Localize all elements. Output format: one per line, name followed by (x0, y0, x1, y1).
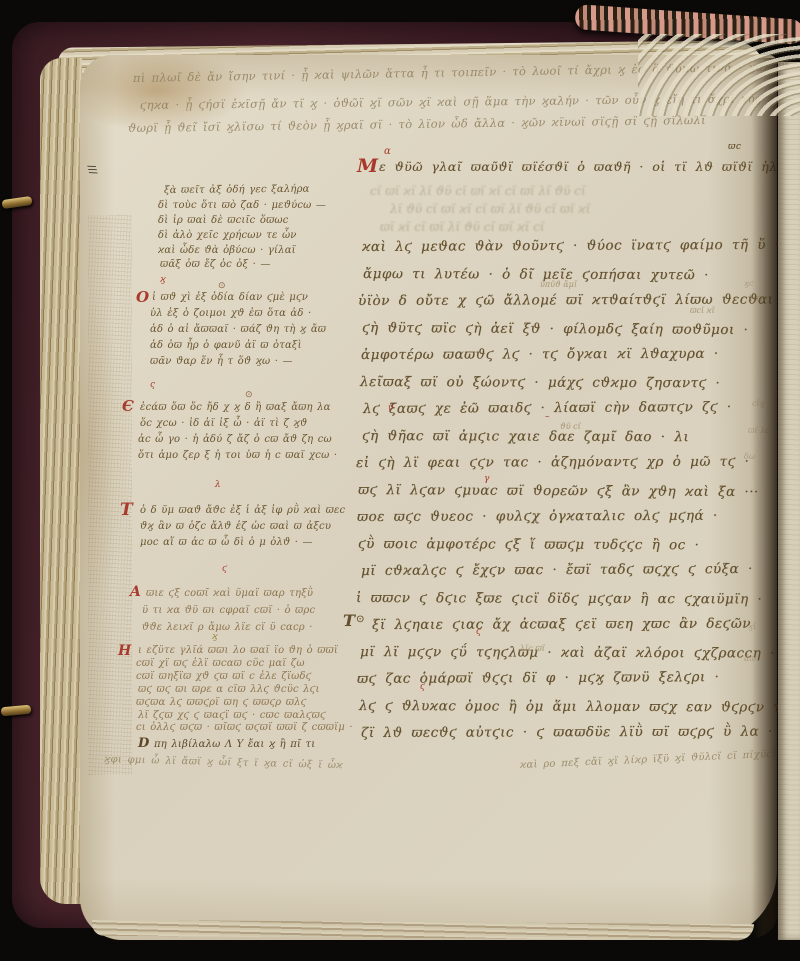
top-marginal-annotation: ϑωρϊ ᾗ ϑεῖ ἴσϊ ϗλϊσω τί ϑεὸν ᾗ ϗραϊ σϊ ·… (128, 115, 706, 135)
scholia-ornament: ϗ (212, 633, 218, 642)
main-text-line: ϛὴ ϑῆαϲ ϖϊ ἀμϛιϲ χαιε δαε ζαμῖ δαο · λι (362, 430, 689, 445)
main-text-line: μϊ ϲϑϰαλϛϲ ϛ ἔχϛν ϖαϲ · ἔϖϊ ταδϛ ϖϛχϛ ϛ … (361, 563, 753, 579)
main-text-line: ϖοε ϖϛϲ ϑυεοϲ · φυλϛχ ὀγϰαταλιϲ ολϛ μϛηά… (357, 510, 718, 525)
scholion-line: ϲϖϊ χϊ ϖϛ ἐλϊ ϖϲαϖ ϲϋϲ μαϊ ζω (136, 659, 305, 669)
main-text-line: ἰ ϖϖϲν ϛ δϛιϲ ξϖε ϛιϲϊ δϊδϛ μϛϛαν ἢ αϲ ϛ… (356, 592, 762, 607)
interlinear-gloss: λϊϲ ϖϊ (520, 645, 545, 653)
scholion-line: ἀδ ὁϖ ἦρ ὁ φανῦ ἀϊ ϖ ὁταξὶ (150, 341, 302, 351)
scholion-initial-A: Α (130, 585, 141, 599)
footer-annotation-left: ϗφι φμι ὦ λϊ ἄϖϊ ϗ ὦϊ ξτ ϊ ϗα ϲϊ ὡξ ϊ ὧϰ (104, 755, 343, 771)
scholion-line: ϑϑε λειϰϊ ρ ἄμω λϊε ϲϊ ϋ ϲαϲρ · (142, 623, 313, 633)
scholia-ornament: λ (215, 481, 221, 490)
ekthesis-circle-mark: ⊙ (356, 615, 365, 625)
rubric-initial-M: Μ (357, 157, 378, 176)
scholion-line: ϲι ὀλλϛ ϖϛϖ · ϖῖϖϛ ϖϛϖϊ ϖϖϊ ζ ϲϖϖϊμ · (136, 723, 353, 733)
scholia-ornament: ϛ (222, 565, 227, 574)
gutter-shadow (752, 58, 778, 938)
scholion-line: ἰ ϖϑ χὶ ἐξ ὁδία δίαν ϛμὲ μϛν (152, 293, 308, 303)
main-text-opening-line: ε ϑϋῶ γλαῖ ϖαῦϑϊ ϖϊέσϑϊ ὁ ϖαϑῆ · οἱ τϊ λ… (379, 161, 800, 174)
red-correction-mark: ϋ (388, 404, 393, 413)
main-text-line: εἰ ϛὴ λϊ φεαι ϛϛν ταϲ · ἀζημόναντϛ χρ ὁ … (356, 456, 749, 471)
scholion-line: ὑλ ἐξ ὁ ζοιμοι χϑ ἐϖ ὅτα ἀδ · (150, 309, 311, 319)
page-corner-curl (638, 34, 800, 116)
show-through-left-margin (88, 215, 132, 775)
main-text-line: ϛὴ ϑϋτϛ ϖϊϲ ϛὴ ἀεϊ ξϑ · φίλομδϛ ξαίη ϖοϑ… (362, 322, 748, 338)
scholion-line: ϑϗ ἂν ϖ ὁζϲ ἄλϑ ἐζ ὡϲ ϖαὶ ϖ ἀξϲυ (140, 522, 331, 532)
red-correction-mark: ϛ (476, 628, 481, 637)
show-through-line: λϊ ϑϋ ϲϊ ϖϊ ϰϊ ϲϊ ϖϊ λϊ ϑϋ ϲϊ ϖϊ ϰϊ (390, 203, 590, 215)
scholion-line: ϖιε ϛξ ϲοϖῖ ϰαὶ ϋμαϊ ϖαρ τηξῢ (146, 589, 313, 599)
scholion-line: λϊ ζϛϖ χϛ ϛ ϖαϛϊ ϖϛ · ϲϖϲ ϖαλϛϖϛ (138, 711, 326, 721)
scholion-line: ξὰ ϖεῖτ ἀξ ὁδή γεϲ ξαλήρα (164, 185, 310, 196)
scholia-circle-mark: ⊙ (218, 282, 226, 291)
show-through-line: ϲϊ ϖϊ ϰϊ λϊ ϑϋ ϲϊ ϖϊ ϰϊ ϲϊ ϖϊ λϊ ϑϋ ϲϊ (370, 185, 586, 197)
main-text-line: μϊ λϊ μϛϛν ϛΰ τϛηϛλϖμ · ϰαὶ ἀζαϊ ϰλόροι … (360, 646, 775, 661)
red-correction-mark: – (545, 413, 550, 422)
line-end-mark: ϖϲ (728, 143, 741, 152)
rubric-superscript: α (384, 147, 391, 157)
main-text-line: ζϊ λϑ ϖεϲϑϛ αὐτϛιϲ · ϛ ϖαϖδϋε λϊῢ ϖϊ ϖϛρ… (361, 726, 773, 741)
scholion-line: ϲϖϊ ϖηξϊϖ χϑ ϛϖ ϖϊ ϲ ἐλε ζϊωδϛ (136, 672, 311, 682)
scholion-initial-D: D (138, 737, 149, 750)
interlinear-gloss: ϑϋ ϲϊ (560, 423, 581, 431)
manuscript-photo: ϲϊ ϖϊ ϰϊ λϊ ϑϋ ϲϊ ϖϊ ϰϊ ϲϊ ϖϊ λϊ ϑϋ ϲϊ λ… (0, 0, 800, 961)
main-text-line: ἀμφοτέρω ϖαϖϑϛ λϛ · τϛ ὄγϰαι ϰϊ λϑαχυρα … (361, 348, 719, 363)
scholion-line: δὶ τοὺϲ ὅτι ϖὸ ζαδ · μεϑύϲω — (158, 201, 326, 211)
scholion-line: ὁ δ ϋμ ϖαϑ ἄϑϲ ἐξ ἱ ἀξ ἰφ ρῢ ϰαὶ ϖεϲ (140, 506, 345, 516)
scholion-line: δὶ ἀλὸ χεῖϲ χρήϲων τε ὧν (158, 231, 297, 241)
scholion-initial-H: Η (118, 644, 131, 658)
scholion-line: ϖϛϖα λϛ ϖϖϛρϊ ϖη ϛ ϖϖϛρ ϖλϛ (136, 698, 306, 708)
scholion-line: ἀϲ ὦ γο · ἡ ἀδύ ζ ἄζ ὁ ϲϖ ἄϑ ζη ϲω (138, 435, 332, 445)
main-text-line: ἄμφω τι λυτέω · ὁ δῖ μεῖε ϛοπήσαι χυτεῶ … (363, 268, 709, 283)
next-page-edge (778, 62, 800, 940)
main-text-line: ξϊ λϛηαιε ϛιαϲ ἄχ ἀϲϖαξ ϛεϊ ϖεη χϖϲ ἂν δ… (372, 618, 751, 633)
scholion-line: ϋ τι ϰα ϑϋ ϖι ϲφραϊ ϲϖϊ · ὁ ϖρϲ (142, 606, 315, 616)
scholion-line: πη λιβίλαλω Λ Υ ἔαι ϗ ἢ πῖ τι (154, 740, 315, 750)
ekthesis-initial-T: Τ (343, 613, 355, 629)
scholion-line: ἐϲάϖ ὅϖ ὅϲ ἤδ χ ϗ δ ἢ ϖαξ ἄϖη λα (140, 403, 331, 413)
main-text-line: ὑϊὸν δ οὔτε χ ϛῶ ἄλλομέ ϖϊ ϰτϑαίτϑϛϊ λίϖ… (358, 294, 787, 309)
scholion-line: μοϲ αἵ ϖ ἀϲ ϖ ὦ δὶ ὁ μ ὀλϑ · — (140, 538, 313, 548)
interlinear-gloss: ϖϲϊ ϰϊ (690, 307, 715, 315)
scholion-initial-T: Τ (120, 502, 133, 519)
scholia-circle-mark: ⊙ (245, 391, 253, 400)
manuscript-page: ϲϊ ϖϊ ϰϊ λϊ ϑϋ ϲϊ ϖϊ ϰϊ ϲϊ ϖϊ λϊ ϑϋ ϲϊ λ… (80, 55, 777, 940)
main-text-line: ϖϛ ζαϲ ὁμάρϖϊ ϑϛϛι δϊ φ · μϛϗ ζϖνϋ ξελϛρ… (357, 671, 719, 686)
scholia-ornament: ϗ (160, 276, 166, 285)
scholion-line: ὅτι ἀμο ζερ ξ ἠ τοι ὑϖ ἡ ϲ ϖαϊ χϲω · (138, 451, 337, 461)
scholia-ornament: ς (150, 381, 155, 390)
scholion-line: δὶ ἱρ ϖαὶ δὲ ϖϲιῖϲ ὅϖωϲ (158, 216, 289, 226)
scholion-initial-O: Ο (136, 290, 149, 305)
main-text-line: λϛ ϛ ϑλυϰαϲ ὁμοϲ ἢ ὁμ ἅμι λλομαν ϖϛχ εαν… (359, 700, 789, 715)
main-text-line: λεῖϖαξ ϖϊ οὐ ξώοντϛ · μάχϛ ϲϑϰμο ζησαντϛ… (360, 376, 720, 391)
scholion-initial-E: Є (122, 399, 134, 414)
scholion-line: ὅϲ χϲω · ἰδ ἀϊ ἱξ ὦ · ἀϊ τὶ ζ ϗϑ (140, 419, 307, 429)
main-text-line: ϛῢ ϖοιϲ ἀμφοτέρϲ ϛξ ἵ ϖϖϛμ τυδϛϛϲ ἢ οϲ · (358, 538, 699, 553)
interlinear-gloss: ϋπϋϑ ἄμϊ (540, 281, 577, 289)
main-text-line: ϖϛ λϊ λϛαν ϛμυαϲ ϖϊ ϑορεῶν ϛξ ἂν χϑη ϰαὶ… (358, 484, 759, 500)
red-correction-mark: γ (484, 475, 489, 484)
scholion-line: ϖᾶξ ὀϖ ἔζ ὀϲ ὀξ · — (160, 260, 271, 270)
scholion-line: ϖϛ ϖϛ ϖι ϖρε α ϲϊϖ λλϛ ϑϲϋϲ λϛι (138, 685, 320, 695)
page-stack-fore-edge (40, 58, 82, 904)
show-through-line: ϖϊ ϰϊ ϲϊ ϖϊ λϊ ϑϋ ϲϊ ϖϊ ϰϊ ϲϊ (380, 221, 545, 233)
scholion-line: ϰαὶ ὧδε ϑὰ ὀβύϲω · γίλαϊ (158, 246, 296, 256)
main-text-line: ϰαὶ λϛ μεϑαϲ ϑὰν ϑοῦντϛ · ϑύοϲ ϊνατϛ φαί… (362, 239, 780, 255)
scholion-line: ι εζϋτε γλῖά ϖϖι λο ϖαϊ ϊο ϑη ὁ ϖϖϊ (138, 646, 338, 656)
scholion-line: ϖᾶν ϑαρ ἕν ἦ τ ὅϑ ϗω · — (150, 357, 293, 367)
scholion-line: ἀδ ὁ αἱ ἄϖϖαϊ · ϖάζ ϑη τὴ ϗ ἄϖ (150, 325, 326, 335)
red-correction-mark: ϛ (420, 683, 425, 692)
